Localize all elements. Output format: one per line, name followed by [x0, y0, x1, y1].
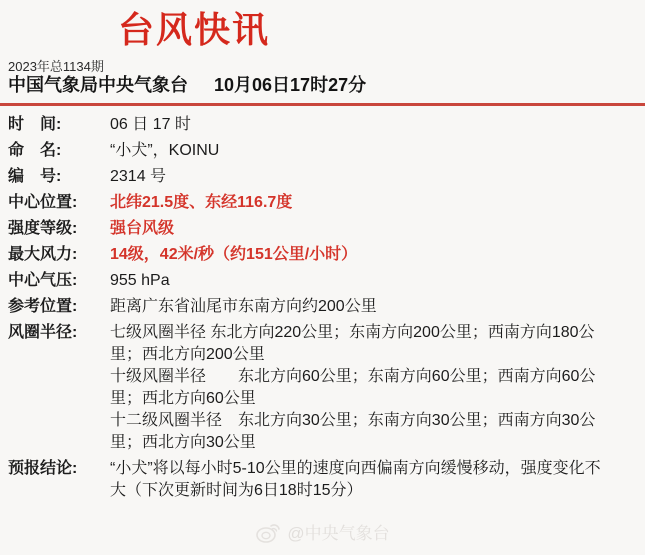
- field-row-max-wind: 最大风力: 14级，42米/秒（约151公里/小时）: [0, 244, 645, 266]
- red-divider: [0, 103, 645, 106]
- field-row-intensity: 强度等级: 强台风级: [0, 218, 645, 240]
- field-label: 命 名:: [0, 140, 110, 162]
- wind-radii-line-7: 七级风圈半径 东北方向220公里；东南方向200公里；西南方向180公里；西北方…: [110, 322, 612, 366]
- field-label: 风圈半径:: [0, 322, 110, 344]
- field-label: 中心位置:: [0, 192, 110, 214]
- field-row-number: 编 号: 2314 号: [0, 166, 645, 188]
- wind-radii-values: 七级风圈半径 东北方向220公里；东南方向200公里；西南方向180公里；西北方…: [110, 322, 612, 454]
- field-row-center-pressure: 中心气压: 955 hPa: [0, 270, 645, 292]
- typhoon-bulletin: 台风快讯 2023年总1134期 中国气象局中央气象台10月06日17时27分 …: [0, 0, 645, 555]
- bulletin-body: 时 间: 06 日 17 时 命 名: “小犬”，KOINU 编 号: 2314…: [0, 114, 645, 506]
- agency-name: 中国气象局中央气象台: [8, 75, 188, 95]
- field-value: “小犬”，KOINU: [110, 140, 612, 162]
- field-value: 955 hPa: [110, 270, 612, 292]
- wind-radii-line-10: 十级风圈半径 东北方向60公里；东南方向60公里；西南方向60公里；西北方向60…: [110, 366, 612, 410]
- field-label: 参考位置:: [0, 296, 110, 318]
- field-row-reference-position: 参考位置: 距离广东省汕尾市东南方向约200公里: [0, 296, 645, 318]
- field-row-name: 命 名: “小犬”，KOINU: [0, 140, 645, 162]
- wind-radii-line-12: 十二级风圈半径 东北方向30公里；东南方向30公里；西南方向30公里；西北方向3…: [110, 410, 612, 454]
- field-label: 时 间:: [0, 114, 110, 136]
- watermark-handle: @中央气象台: [287, 519, 389, 544]
- agency-row: 中国气象局中央气象台10月06日17时27分: [8, 71, 366, 97]
- field-label: 编 号:: [0, 166, 110, 188]
- field-label: 中心气压:: [0, 270, 110, 292]
- field-value: 06 日 17 时: [110, 114, 612, 136]
- field-label: 最大风力:: [0, 244, 110, 266]
- field-label: 强度等级:: [0, 218, 110, 240]
- field-row-time: 时 间: 06 日 17 时: [0, 114, 645, 136]
- issue-datetime: 10月06日17时27分: [214, 75, 366, 95]
- forecast-text: “小犬”将以每小时5-10公里的速度向西偏南方向缓慢移动，强度变化不大（下次更新…: [110, 458, 612, 502]
- page-title: 台风快讯: [118, 2, 270, 53]
- field-value: 14级，42米/秒（约151公里/小时）: [110, 244, 612, 266]
- field-value: 距离广东省汕尾市东南方向约200公里: [110, 296, 612, 318]
- field-label: 预报结论:: [0, 458, 110, 480]
- weibo-icon: [255, 520, 281, 544]
- field-value: 2314 号: [110, 166, 612, 188]
- field-row-wind-radii: 风圈半径: 七级风圈半径 东北方向220公里；东南方向200公里；西南方向180…: [0, 322, 645, 454]
- field-value: 强台风级: [110, 218, 612, 240]
- field-row-center-position: 中心位置: 北纬21.5度、东经116.7度: [0, 192, 645, 214]
- watermark: @中央气象台: [0, 519, 645, 544]
- field-value: 北纬21.5度、东经116.7度: [110, 192, 612, 214]
- field-row-forecast: 预报结论: “小犬”将以每小时5-10公里的速度向西偏南方向缓慢移动，强度变化不…: [0, 458, 645, 502]
